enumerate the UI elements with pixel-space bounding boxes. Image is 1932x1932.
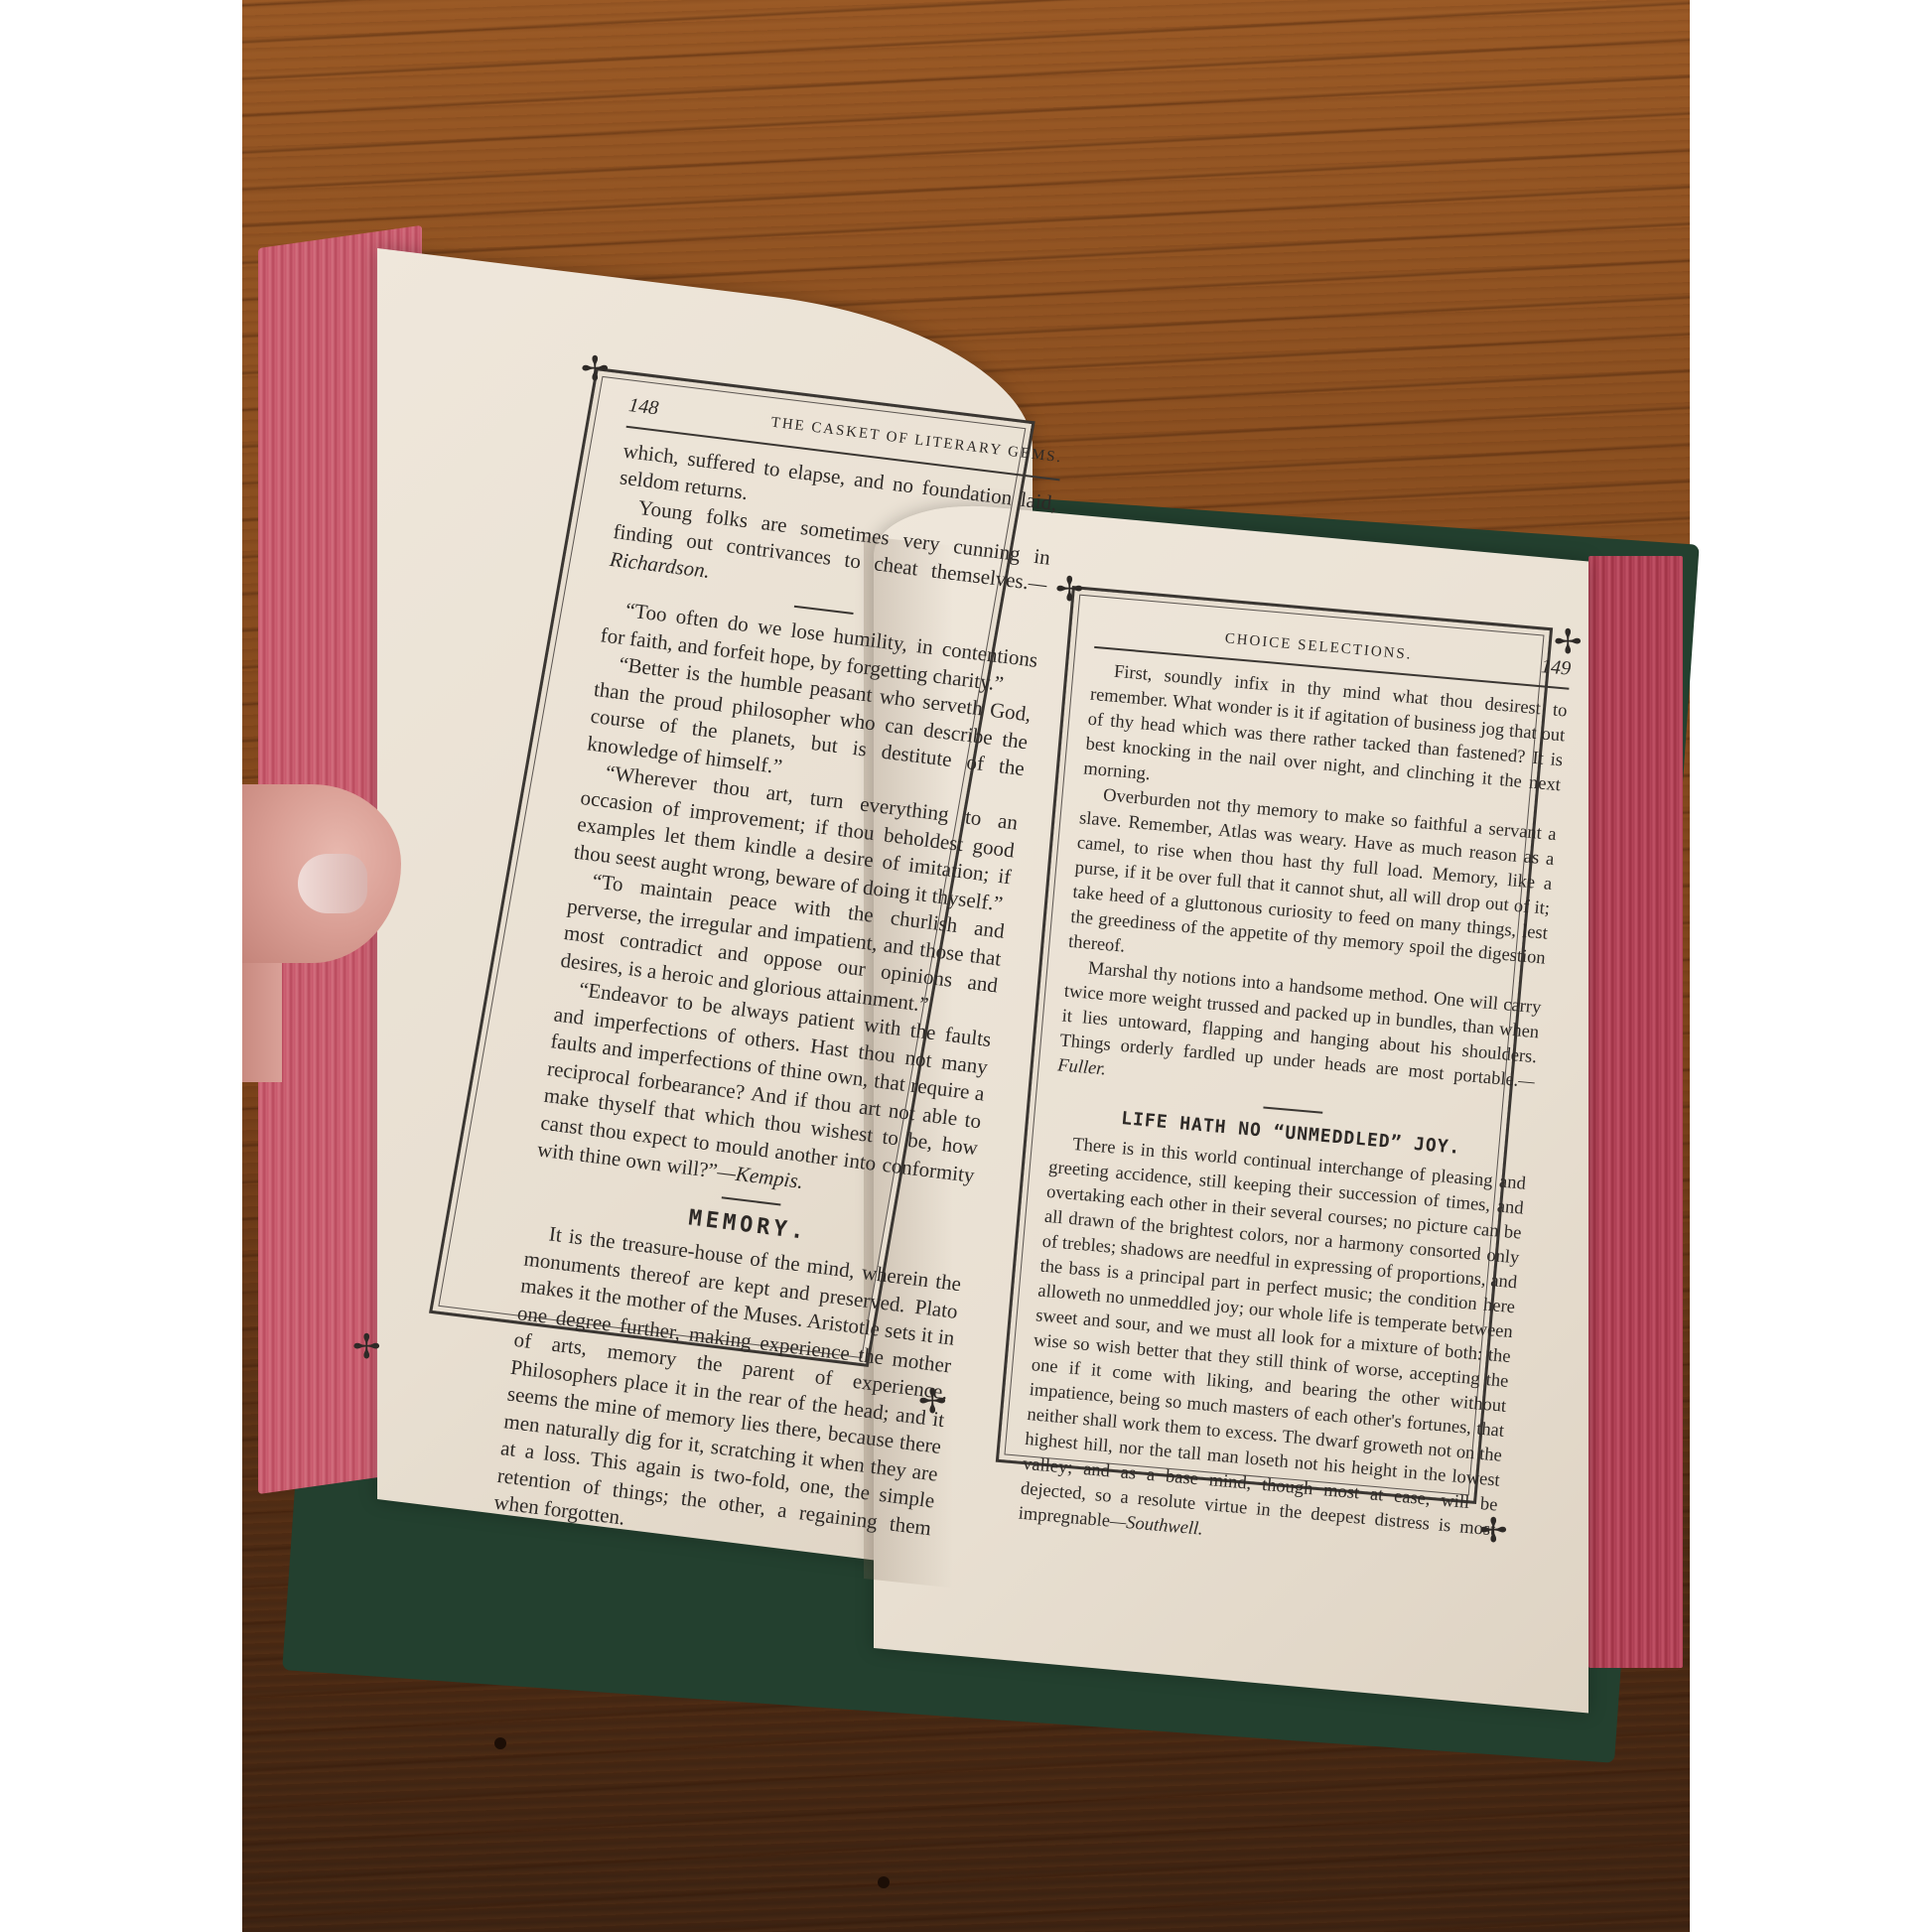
- corner-ornament-icon: ✢: [352, 1330, 381, 1364]
- wood-knot: [494, 1737, 506, 1749]
- thumbnail-nail: [298, 854, 367, 913]
- corner-ornament-icon: ✢: [1554, 625, 1583, 659]
- wood-knot: [878, 1876, 890, 1888]
- page-number: 148: [627, 392, 660, 423]
- section-divider: [722, 1196, 781, 1205]
- page-number: 149: [1540, 654, 1572, 682]
- right-page-text: CHOICE SELECTIONS. 149 First, soundly in…: [1018, 616, 1572, 1568]
- section-divider: [1263, 1106, 1322, 1113]
- paragraph: There is in this world continual interch…: [1018, 1131, 1527, 1568]
- page-block-edge-right: [1588, 556, 1683, 1668]
- corner-ornament-icon: ✢: [1055, 573, 1084, 607]
- section-divider: [794, 606, 854, 615]
- attribution: —Southwell.: [1109, 1512, 1203, 1540]
- corner-ornament-icon: ✢: [581, 352, 610, 386]
- paragraph: It is the treasure-house of the mind, wh…: [492, 1218, 963, 1570]
